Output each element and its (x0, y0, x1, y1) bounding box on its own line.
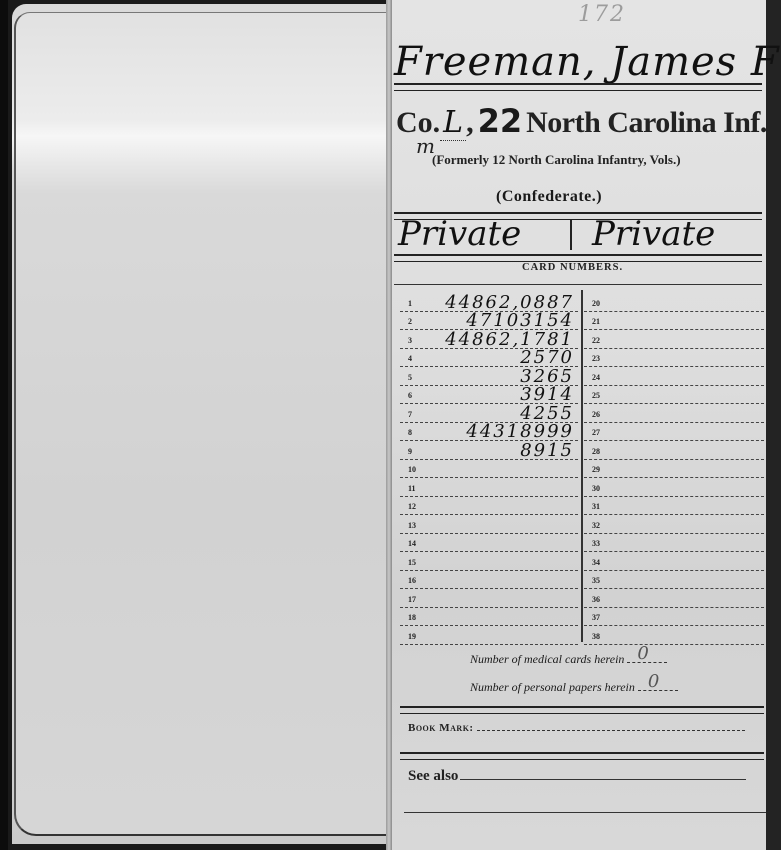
card-row-number: 20 (592, 299, 600, 308)
regiment-number: 22 (478, 102, 523, 140)
footer-rule-1 (400, 706, 764, 714)
medical-cards-label: Number of medical cards herein (470, 652, 624, 666)
card-number-row: 18 (400, 607, 578, 627)
card-number-row: 16 (400, 570, 578, 590)
card-number-row: 10 (400, 459, 578, 479)
card-row-number: 23 (592, 354, 600, 363)
card-numbers-heading: CARD NUMBERS. (522, 262, 623, 273)
card-number-row: 26 (584, 403, 764, 423)
card-row-number: 5 (408, 373, 412, 382)
card-row-number: 25 (592, 391, 600, 400)
card-row-number: 30 (592, 484, 600, 493)
card-row-number: 28 (592, 447, 600, 456)
card-number-row: 35 (584, 570, 764, 590)
card-row-number: 35 (592, 576, 600, 585)
scan-border-left (0, 0, 8, 850)
card-number-row: 32 (584, 514, 764, 534)
card-number-row: 144862,0887 (400, 292, 578, 312)
card-row-number: 34 (592, 558, 600, 567)
card-row-number: 27 (592, 428, 600, 437)
card-row-number: 32 (592, 521, 600, 530)
company-value: L (440, 105, 466, 141)
soldier-name: Freeman, James F (392, 38, 764, 86)
card-row-number: 9 (408, 447, 412, 456)
card-number-row: 53265 (400, 366, 578, 386)
allegiance: (Confederate.) (496, 188, 602, 206)
card-number-row: 98915 (400, 440, 578, 460)
medical-cards-line: Number of medical cards herein 0 (470, 652, 667, 667)
blank-card-back (14, 12, 390, 836)
medical-cards-value: 0 (637, 643, 648, 664)
card-row-number: 15 (408, 558, 416, 567)
card-row-number: 2 (408, 317, 412, 326)
rank-in: Private (398, 212, 521, 256)
card-row-number: 10 (408, 465, 416, 474)
card-number-row: 29 (584, 459, 764, 479)
card-row-number: 26 (592, 410, 600, 419)
card-number-row: 247103154 (400, 311, 578, 331)
personal-papers-line: Number of personal papers herein 0 (470, 680, 678, 695)
card-row-number: 33 (592, 539, 600, 548)
see-also-line: See also (408, 768, 746, 785)
card-row-number: 6 (408, 391, 412, 400)
card-row-number: 36 (592, 595, 600, 604)
card-row-number: 12 (408, 502, 416, 511)
card-row-number: 8 (408, 428, 412, 437)
card-number-row: 34 (584, 551, 764, 571)
card-row-number: 1 (408, 299, 412, 308)
personal-papers-label: Number of personal papers herein (470, 680, 635, 694)
card-row-number: 3 (408, 336, 412, 345)
footer-rule-2 (400, 752, 764, 760)
card-number-row: 27 (584, 422, 764, 442)
card-number-row: 344862,1781 (400, 329, 578, 349)
card-number-row: 15 (400, 551, 578, 571)
rank-row: Private Private (392, 212, 762, 256)
book-mark-line: Book Mark: (408, 722, 745, 734)
card-row-number: 18 (408, 613, 416, 622)
card-number-row: 12 (400, 496, 578, 516)
card-number-row: 21 (584, 311, 764, 331)
footer-rule-3 (404, 812, 766, 813)
card-number-row: 33 (584, 533, 764, 553)
card-row-number: 19 (408, 632, 416, 641)
card-row-number: 7 (408, 410, 412, 419)
card-number-row: 17 (400, 588, 578, 608)
formerly-unit: (Formerly 12 North Carolina Infantry, Vo… (432, 152, 681, 168)
card-row-number: 22 (592, 336, 600, 345)
card-row-number: 17 (408, 595, 416, 604)
card-number-row: 25 (584, 385, 764, 405)
see-also-label: See also (408, 768, 458, 784)
regiment-name: North Carolina Inf. (526, 106, 767, 139)
card-number-row: 42570 (400, 348, 578, 368)
card-number-row: 20 (584, 292, 764, 312)
card-number-row: 22 (584, 329, 764, 349)
card-number-row: 14 (400, 533, 578, 553)
card-row-number: 37 (592, 613, 600, 622)
rank-out: Private (592, 212, 715, 256)
card-number-row: 28 (584, 440, 764, 460)
card-number-row: 37 (584, 607, 764, 627)
card-row-number: 29 (592, 465, 600, 474)
card-numbers-rule (394, 284, 762, 285)
rank-bottom-rule (394, 254, 762, 262)
card-columns-divider (581, 290, 583, 642)
card-number-row: 24 (584, 366, 764, 386)
card-row-number: 11 (408, 484, 416, 493)
card-row-number: 14 (408, 539, 416, 548)
book-mark-label: Book Mark: (408, 722, 474, 734)
card-row-number: 31 (592, 502, 600, 511)
card-number-row: 11 (400, 477, 578, 497)
card-number-row: 13 (400, 514, 578, 534)
card-number-row: 36 (584, 588, 764, 608)
card-row-number: 4 (408, 354, 412, 363)
card-row-number: 24 (592, 373, 600, 382)
card-number-value: 8915 (520, 440, 574, 461)
card-number-row: 23 (584, 348, 764, 368)
card-row-number: 16 (408, 576, 416, 585)
card-number-row: 74255 (400, 403, 578, 423)
card-row-number: 13 (408, 521, 416, 530)
card-row-number: 21 (592, 317, 600, 326)
card-number-row: 38 (584, 625, 764, 645)
unit-line: Co.L,22North Carolina Inf. (396, 102, 766, 146)
card-row-number: 38 (592, 632, 600, 641)
page-number: 172 (578, 2, 626, 27)
jacket-back-panel (12, 4, 390, 844)
name-underline (394, 83, 762, 91)
card-number-row: 31 (584, 496, 764, 516)
card-number-row: 63914 (400, 385, 578, 405)
card-number-row: 19 (400, 625, 578, 645)
rank-separator (570, 220, 572, 250)
card-number-row: 30 (584, 477, 764, 497)
scan-border-right (766, 0, 781, 850)
card-number-row: 844318999 (400, 422, 578, 442)
personal-papers-value: 0 (648, 671, 659, 692)
